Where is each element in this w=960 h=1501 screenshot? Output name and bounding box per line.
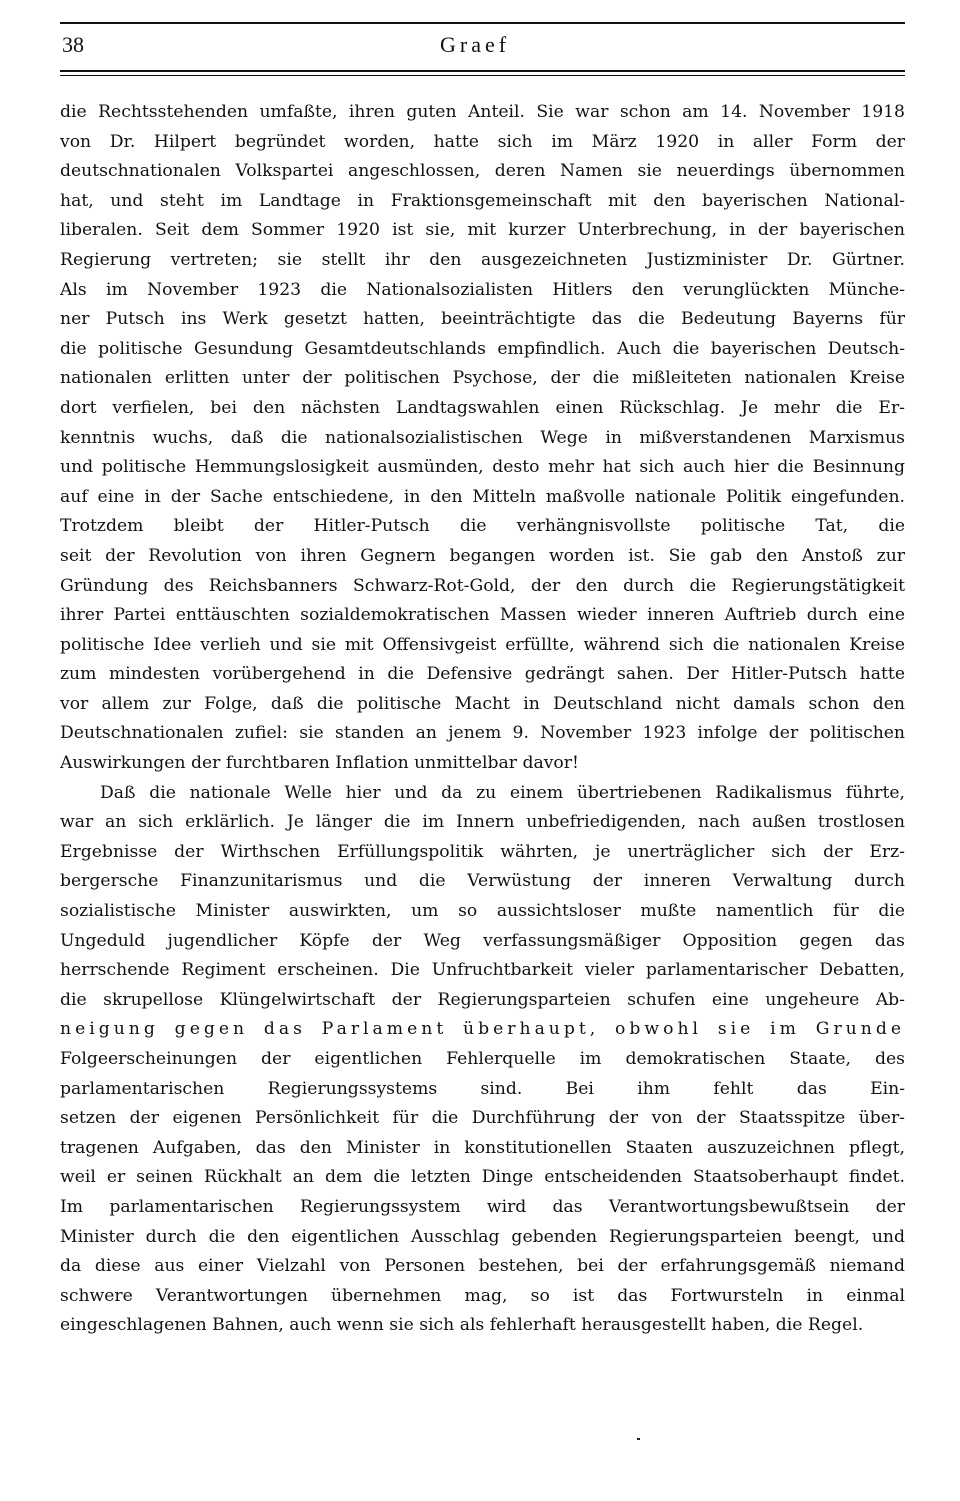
page-body: die Rechtsstehenden umfaßte, ihren guten…	[60, 98, 905, 1341]
text-line: parlamentarischen Regierungssystems sind…	[60, 1075, 905, 1105]
text-line: weil er seinen Rückhalt an dem die letzt…	[60, 1163, 905, 1193]
text-line: nationalen erlitten unter der politische…	[60, 364, 905, 394]
text-line-final: eingeschlagenen Bahnen, auch wenn sie si…	[60, 1311, 905, 1341]
text-line: Folgeerscheinungen der eigentlichen Fehl…	[60, 1045, 905, 1075]
text-line: Trotzdem bleibt der Hitler-Putsch die ve…	[60, 512, 905, 542]
text-line: politische Idee verlieh und sie mit Offe…	[60, 631, 905, 661]
paragraph-start-line: Daß die nationale Welle hier und da zu e…	[60, 779, 905, 809]
header-rule-thin	[60, 75, 905, 76]
page-number: 38	[62, 32, 84, 58]
text-line: Regierung vertreten; sie stellt ihr den …	[60, 246, 905, 276]
text-line: dort verfielen, bei den nächsten Landtag…	[60, 394, 905, 424]
text-line: zum mindesten vorübergehend in die Defen…	[60, 660, 905, 690]
text-line: kenntnis wuchs, daß die nationalsozialis…	[60, 424, 905, 454]
text-line: liberalen. Seit dem Sommer 1920 ist sie,…	[60, 216, 905, 246]
text-line: tragenen Aufgaben, das den Minister in k…	[60, 1134, 905, 1164]
text-line: sozialistische Minister auswirkten, um s…	[60, 897, 905, 927]
scan-speck	[637, 1438, 640, 1440]
paragraph-end-line: Auswirkungen der furchtbaren Inflation u…	[60, 749, 905, 779]
text-line: Gründung des Reichsbanners Schwarz-Rot-G…	[60, 572, 905, 602]
text-line: die politische Gesundung Gesamtdeutschla…	[60, 335, 905, 365]
text-line: herrschende Regiment erscheinen. Die Unf…	[60, 956, 905, 986]
text-line: die skrupellose Klüngelwirtschaft der Re…	[60, 986, 905, 1016]
text-line: schwere Verantwortungen übernehmen mag, …	[60, 1282, 905, 1312]
text-line: setzen der eigenen Persönlichkeit für di…	[60, 1104, 905, 1134]
text-line: und politische Hemmungslosigkeit ausmünd…	[60, 453, 905, 483]
text-line: von Dr. Hilpert begründet worden, hatte …	[60, 128, 905, 158]
text-line: ihrer Partei enttäuschten sozialdemokrat…	[60, 601, 905, 631]
text-line: deutschnationalen Volkspartei angeschlos…	[60, 157, 905, 187]
text-line: Im parlamentarischen Regierungssystem wi…	[60, 1193, 905, 1223]
text-line: Minister durch die den eigentlichen Auss…	[60, 1223, 905, 1253]
header-rule	[60, 70, 905, 72]
text-line: Ergebnisse der Wirthschen Erfüllungspoli…	[60, 838, 905, 868]
text-line: war an sich erklärlich. Je länger die im…	[60, 808, 905, 838]
text-line: auf eine in der Sache entschiedene, in d…	[60, 483, 905, 513]
text-line-spaced: neigung gegen das Parlament überhaupt, o…	[60, 1015, 905, 1045]
top-rule	[60, 22, 905, 24]
text-line: seit der Revolution von ihren Gegnern be…	[60, 542, 905, 572]
text-line: vor allem zur Folge, daß die politische …	[60, 690, 905, 720]
running-head: Graef	[440, 32, 510, 58]
text-line: Deutschnationalen zufiel: sie standen an…	[60, 719, 905, 749]
text-line: ner Putsch ins Werk gesetzt hatten, beei…	[60, 305, 905, 335]
text-line: die Rechtsstehenden umfaßte, ihren guten…	[60, 98, 905, 128]
text-line: da diese aus einer Vielzahl von Personen…	[60, 1252, 905, 1282]
text-line: Als im November 1923 die Nationalsoziali…	[60, 276, 905, 306]
text-line: Ungeduld jugendlicher Köpfe der Weg verf…	[60, 927, 905, 957]
text-line: bergersche Finanzunitarismus und die Ver…	[60, 867, 905, 897]
text-line: hat, und steht im Landtage in Fraktionsg…	[60, 187, 905, 217]
